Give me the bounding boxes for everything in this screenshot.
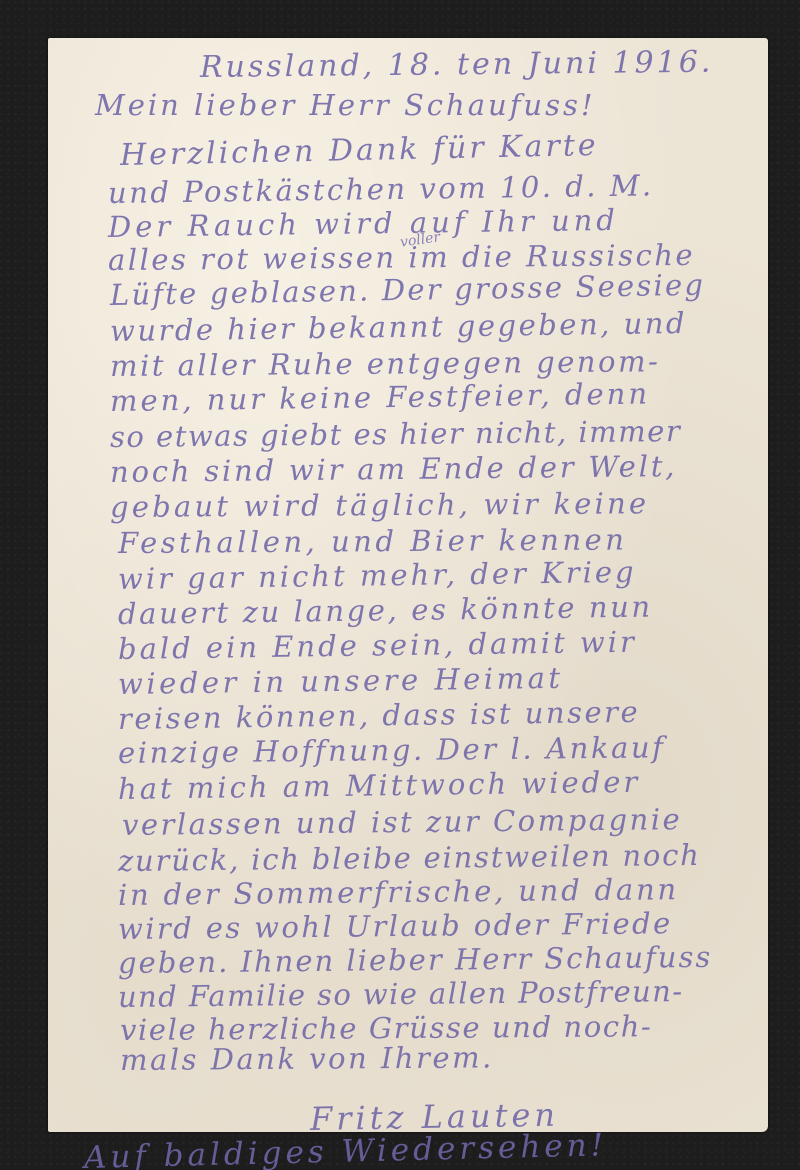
- body-line: wird es wohl Urlaub oder Friede: [118, 906, 673, 946]
- body-line: Herzlichen Dank für Karte: [120, 128, 599, 173]
- salutation: Mein lieber Herr Schaufuss!: [95, 88, 596, 122]
- body-line: so etwas giebt es hier nicht, immer: [110, 414, 682, 454]
- body-line: Der Rauch wird auf Ihr und: [108, 203, 619, 244]
- body-line: wieder in unsere Heimat: [118, 661, 564, 701]
- postcard: Russland, 18. ten Juni 1916. Mein lieber…: [48, 38, 768, 1132]
- postscript: Auf baldiges Wiedersehen!: [84, 1127, 608, 1170]
- body-line: men, nur keine Festfeier, denn: [110, 376, 650, 418]
- dateline: Russland, 18. ten Juni 1916.: [200, 45, 714, 85]
- body-line: wurde hier bekannt gegeben, und: [110, 306, 687, 348]
- body-line: und Familie so wie allen Postfreun-: [118, 974, 684, 1014]
- body-line: noch sind wir am Ende der Welt,: [110, 449, 678, 489]
- body-line: hat mich am Mittwoch wieder: [118, 765, 641, 806]
- body-line: reisen können, dass ist unsere: [118, 695, 641, 736]
- body-line: bald ein Ende sein, damit wir: [118, 625, 637, 666]
- body-line: Festhallen, und Bier kennen: [118, 522, 628, 560]
- body-line: verlassen und ist zur Compagnie: [122, 802, 683, 842]
- body-line: wir gar nicht mehr, der Krieg: [118, 555, 637, 596]
- body-line: mals Dank von Ihrem.: [120, 1040, 494, 1077]
- body-line: einzige Hoffnung. Der l. Ankauf: [118, 730, 666, 770]
- body-line: gebaut wird täglich, wir keine: [110, 486, 650, 524]
